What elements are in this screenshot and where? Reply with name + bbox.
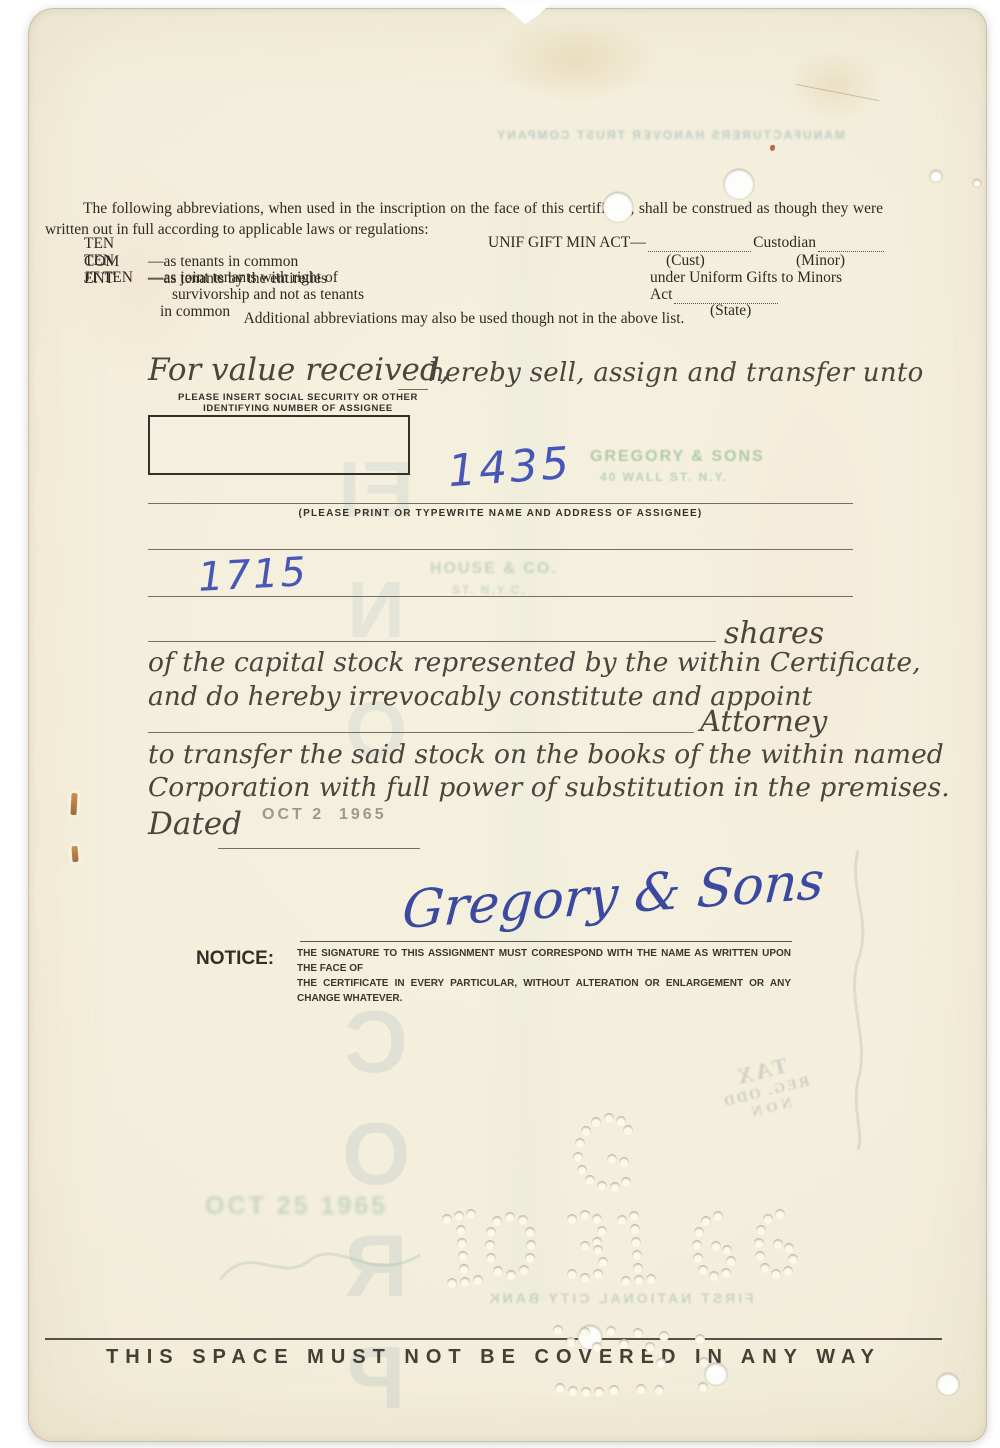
perforation-dot [646,1274,656,1284]
dated-label: Dated [148,806,242,842]
perforation-dot [604,1113,614,1123]
perforation-dot [623,1125,633,1135]
perforation-dot [633,1263,643,1273]
punch-hole [930,170,942,182]
perforation-dot [693,1253,703,1263]
perforation-dot [598,1257,608,1267]
perforation-dot [636,1384,646,1394]
handwritten-number-top: 1435 [446,438,573,498]
perforation-dot [593,1269,603,1279]
transfer-books-text: to transfer the said stock on the books … [148,739,944,770]
perforation-dot [568,1386,578,1396]
perforation-dot [566,1337,576,1347]
punch-hole [937,1373,959,1395]
perforation-dot [771,1269,781,1279]
perforation-dot [594,1387,604,1397]
footer-banner-text: THIS SPACE MUST NOT BE COVERED IN ANY WA… [45,1346,942,1369]
blank-line-short [398,389,428,390]
perforation-dot [460,1277,470,1287]
perforation-dot [597,1181,607,1191]
perforation-dot [518,1215,528,1225]
perforation-dot [442,1214,452,1224]
perforation-dot [694,1227,704,1237]
punch-hole [973,179,981,187]
perforation-dot [606,1326,616,1336]
perforation-dot [592,1342,602,1352]
perforation-dot [699,1357,709,1367]
perforation-dot [553,1325,563,1335]
rust-staple-mark [70,793,77,815]
under-uniform-gifts: under Uniform Gifts to Minors [650,269,842,287]
perforation-dot [634,1275,644,1285]
perforation-dot [447,1278,457,1288]
abbreviation-def: —as joint tenants with right of [148,269,338,286]
perforation-dot [783,1266,793,1276]
house-stamp-address: ST. N.Y.C. [452,583,527,597]
notice-label: NOTICE: [196,948,274,970]
date-stamp: OCT 2 1965 [262,806,387,824]
assignee-address-line [148,549,853,550]
green-signature-bleedthrough [210,1230,430,1300]
perforation-dot [621,1276,631,1286]
perforation-dot [492,1216,502,1226]
ssn-instruction-line1: PLEASE INSERT SOCIAL SECURITY OR OTHER [150,392,446,403]
punch-hole [724,169,754,199]
bleedthrough-vertical-letters-upper: EINO [328,430,424,790]
perforation-dot [592,1214,602,1224]
attorney-blank-line [148,732,694,733]
unif-heading: UNIF GIFT MIN ACT— [488,234,646,252]
perforation-dot [580,1273,590,1283]
perforation-dot [726,1256,736,1266]
perforation-dot [621,1177,631,1187]
perforation-dot [458,1251,468,1261]
perforation-dot [581,1126,591,1136]
perforation-dot [632,1250,642,1260]
capital-stock-text: of the capital stock represented by the … [148,647,921,678]
perforation-dot [456,1225,466,1235]
perforation-dot [775,1209,785,1219]
dotted-leader [818,238,884,252]
perforation-dot [593,1245,603,1255]
for-value-received-text: For value received, [148,352,450,388]
certificate-back-scan: MANUFACTURERS HANOVER TRUST COMPANY EINO… [0,0,1000,1448]
punch-hole [705,1363,727,1385]
perforation-dot [695,1334,705,1344]
perforation-dot [701,1216,711,1226]
perforation-dot [755,1251,765,1261]
perforation-dot [713,1211,723,1221]
ssn-instruction-line2: IDENTIFYING NUMBER OF ASSIGNEE [150,403,446,414]
notice-line2: THE CERTIFICATE IN EVERY PARTICULAR, WIT… [297,976,791,1006]
substitution-text: Corporation with full power of substitut… [148,772,950,803]
perforation-dot [754,1238,764,1248]
perforation-dot [591,1117,601,1127]
shares-blank-line [148,641,716,642]
perforation-dot [607,1154,617,1164]
broker-stamp-address: 40 WALL ST. N.Y. [600,470,728,484]
cust-label: (Cust) [666,252,705,270]
assignee-name-line [148,503,853,504]
punch-hole [603,192,633,222]
jt-ten-continuation: survivorship and not as tenants [172,286,364,304]
perforation-dot [656,1358,666,1368]
shares-label: shares [724,616,824,651]
attorney-label: Attorney [700,704,827,738]
act-label: Act [650,286,672,304]
green-date-stamp: OCT 25 1965 [205,1192,388,1221]
perforation-dot [526,1240,536,1250]
perforation-dot [610,1182,620,1192]
perforation-dot [525,1253,535,1263]
perforation-dot [575,1138,585,1148]
additional-abbreviations-note: Additional abbreviations may also be use… [45,310,883,328]
signature-line [300,941,792,942]
bleedthrough-bank-name-bottom: FIRST NATIONAL CITY BANK [420,1290,820,1306]
broker-stamp-name: GREGORY & SONS [590,448,765,466]
perforation-dot [454,1211,464,1221]
perforation-dot [617,1215,627,1225]
perforation-dot [788,1254,798,1264]
perforation-dot [580,1327,590,1337]
perforation-dot [519,1265,529,1275]
perforation-dot [525,1227,535,1237]
perforation-dot [645,1342,655,1352]
perforation-dot [698,1265,708,1275]
perforation-dot [485,1240,495,1250]
handwritten-number-mid: 1715 [197,549,309,601]
perforation-dot [619,1339,629,1349]
ssn-entry-box [148,415,410,475]
perforation-dot [577,1165,587,1175]
sell-assign-transfer-text: hereby sell, assign and transfer unto [428,358,924,388]
bleedthrough-bank-name-top: MANUFACTURERS HANOVER TRUST COMPANY [470,128,870,142]
minor-label: (Minor) [796,252,845,270]
perforation-dot [581,1387,591,1397]
perforation-dot [609,1385,619,1395]
perforation-dot [567,1269,577,1279]
unif-gift-min-act-row: UNIF GIFT MIN ACT— Custodian [488,234,884,252]
dated-blank-line [218,848,420,849]
perforation-dot [505,1212,515,1222]
perforation-dot [773,1239,783,1249]
perforation-dot [585,1175,595,1185]
dotted-leader [648,238,751,252]
abbreviation-term: JT TEN [84,269,148,287]
perforation-dot [633,1328,643,1338]
custodian-label: Custodian [753,234,816,252]
pencil-scribble [828,850,888,1150]
perforation-dot [619,1157,629,1167]
abbreviation-jt-ten: JT TEN—as joint tenants with right of [84,269,338,287]
perforation-dot [630,1224,640,1234]
perforation-dot [473,1275,483,1285]
perforation-dot [616,1116,626,1126]
perforation-dot [760,1263,770,1273]
perforation-dot [486,1253,496,1263]
perforation-dot [721,1268,731,1278]
assignee-caption: (PLEASE PRINT OR TYPEWRITE NAME AND ADDR… [148,508,853,519]
perforation-dot [659,1331,669,1341]
perforation-dot [597,1226,607,1236]
perforation-dot [784,1243,794,1253]
perforation-dot [580,1210,590,1220]
perforation-dot [756,1225,766,1235]
perforation-dot [722,1245,732,1255]
perforation-dot [459,1264,469,1274]
perforation-dot [709,1271,719,1281]
perforation-dot [506,1270,516,1280]
perforation-dot [692,1240,702,1250]
perforation-dot [654,1385,664,1395]
notice-text: THE SIGNATURE TO THIS ASSIGNMENT MUST CO… [297,946,791,1006]
blank-line [148,596,853,597]
notice-line1: THE SIGNATURE TO THIS ASSIGNMENT MUST CO… [297,946,791,976]
perforation-dot [573,1152,583,1162]
perforation-dot [486,1227,496,1237]
rust-staple-mark [71,846,78,862]
paper-stain [490,18,660,103]
perforation-dot [763,1214,773,1224]
perforation-dot [698,1382,708,1392]
perforation-dot [711,1241,721,1251]
perforation-dot [555,1383,565,1393]
perforation-dot [457,1238,467,1248]
perforation-dot [466,1209,476,1219]
perforation-dot [493,1266,503,1276]
perforation-dot [580,1241,590,1251]
perforation-dot [567,1214,577,1224]
perforation-dot [631,1237,641,1247]
house-stamp-name: HOUSE & CO. [430,560,558,578]
footer-rule [45,1338,942,1340]
perforation-dot [629,1211,639,1221]
